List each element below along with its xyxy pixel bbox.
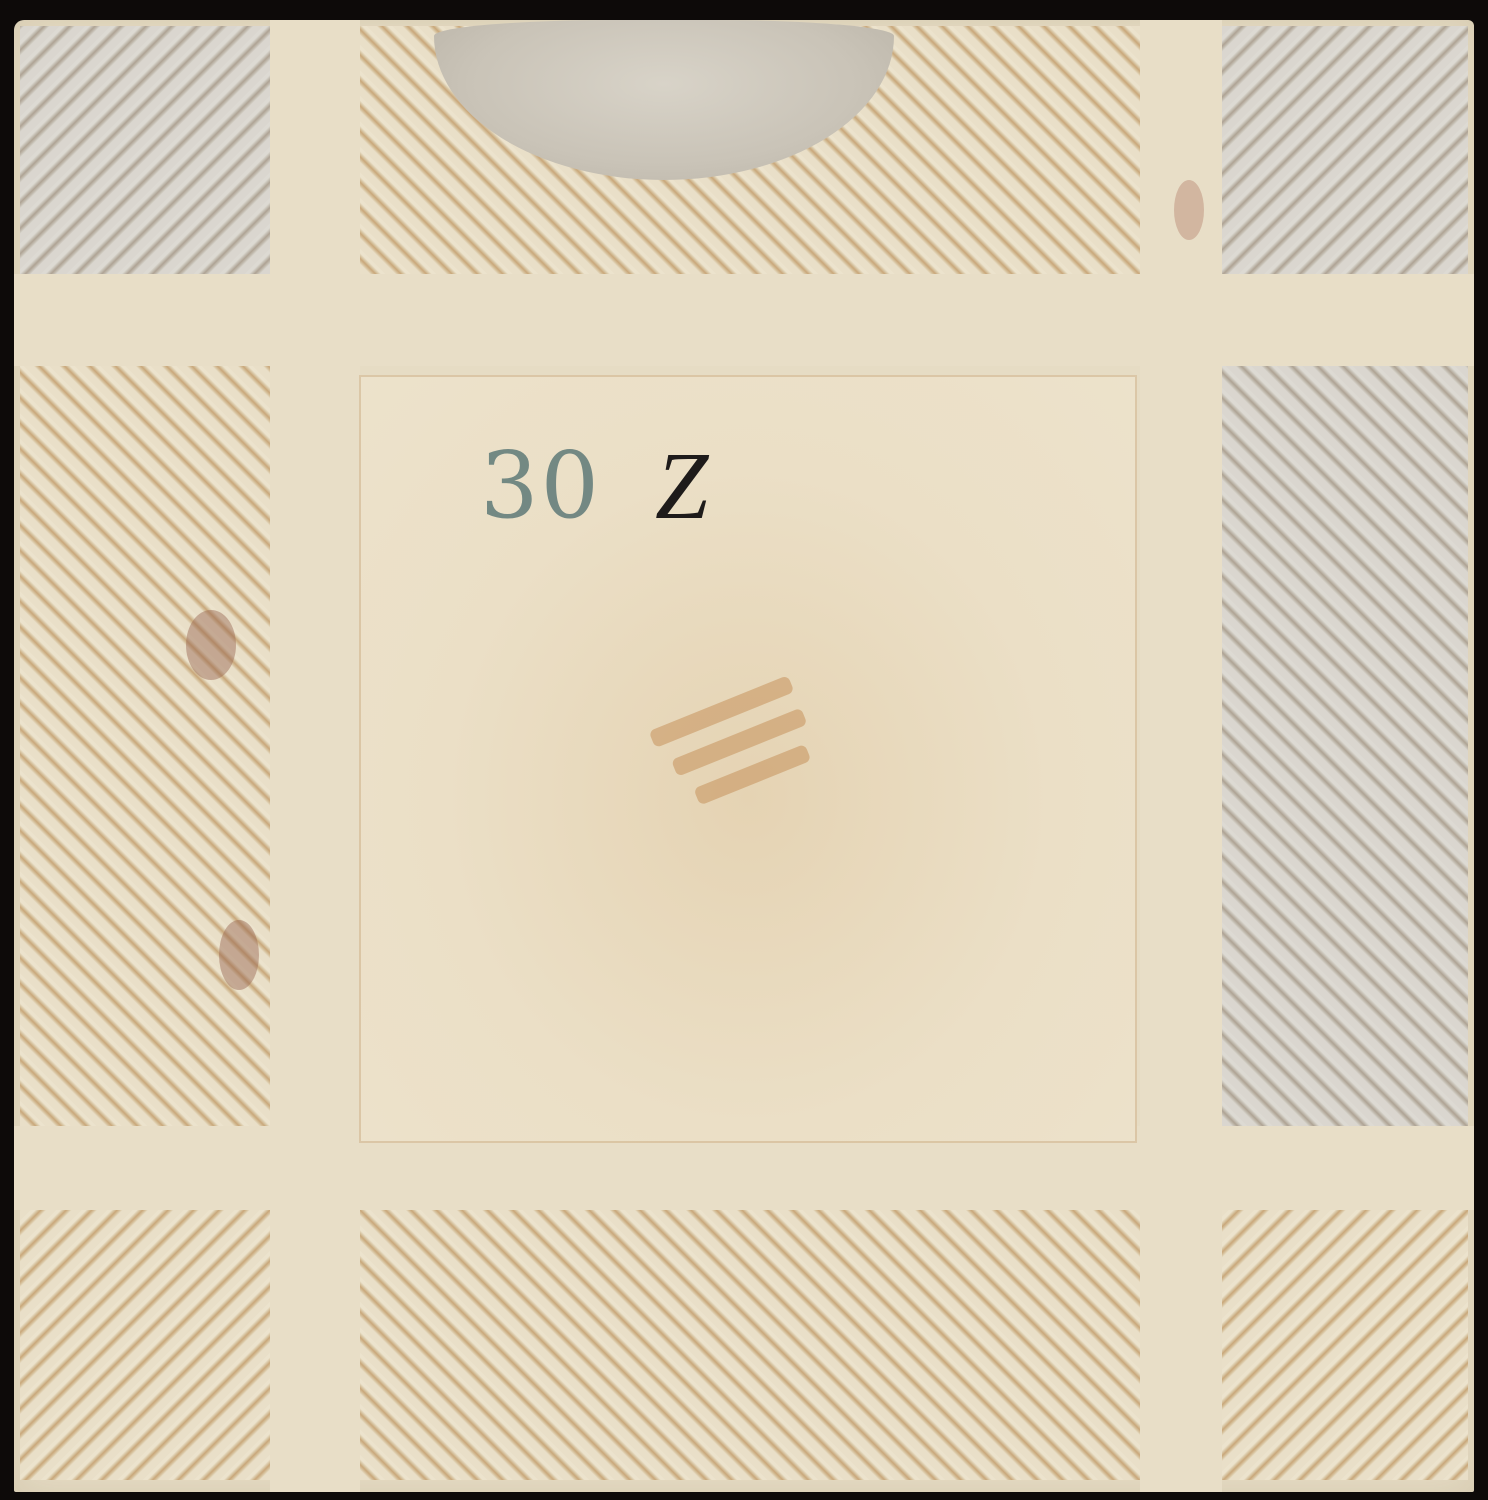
side-panel-left (20, 366, 270, 1126)
corner-panel-bottom-left (20, 1210, 270, 1480)
band-vertical-left (270, 20, 360, 1492)
stamped-number: 30 (480, 432, 601, 539)
corner-panel-top-right (1222, 26, 1468, 274)
side-panel-right (1222, 366, 1468, 1126)
band-horizontal-top (14, 274, 1474, 366)
stain-left-lower (219, 920, 259, 990)
corner-panel-bottom-right (1222, 1210, 1468, 1480)
side-panel-bottom (360, 1210, 1140, 1480)
handwritten-letter: Z (655, 430, 708, 541)
stain-top-right (1174, 180, 1204, 240)
stain-left-upper (186, 610, 236, 680)
band-vertical-right (1140, 20, 1222, 1492)
corner-panel-top-left (20, 26, 270, 274)
